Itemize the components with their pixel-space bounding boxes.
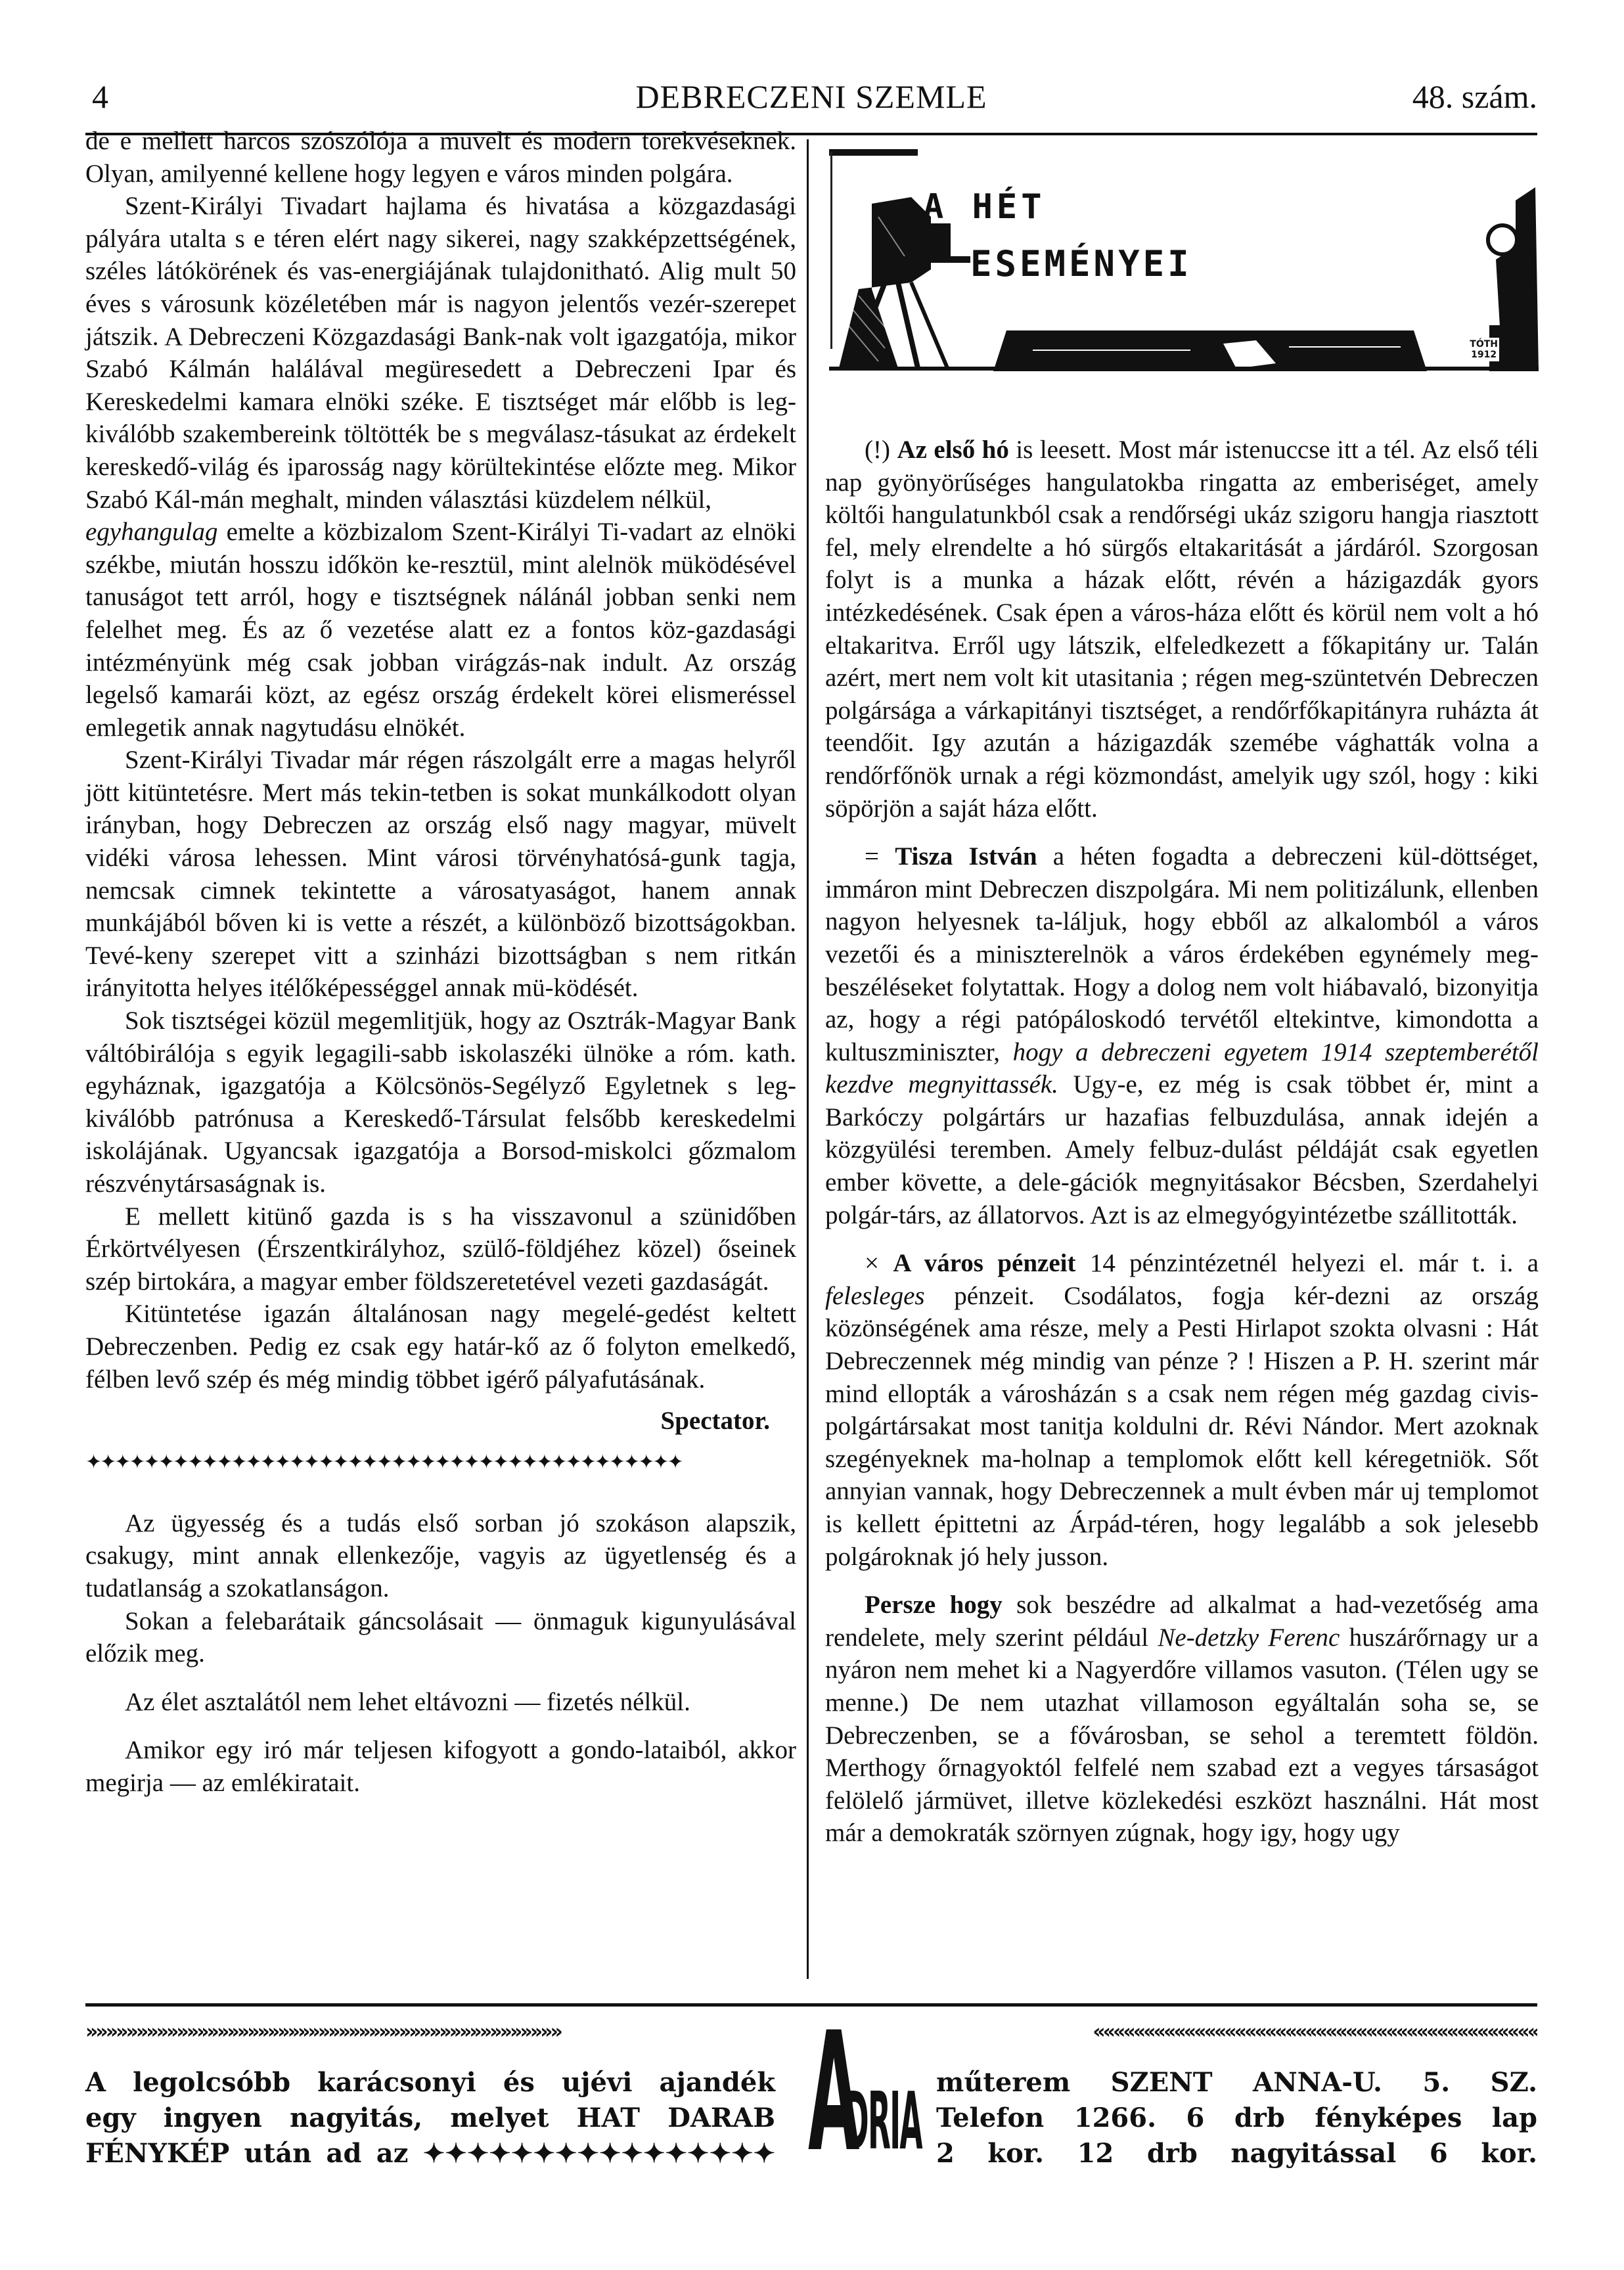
news-item-first-snow: (!) Az első hó is leesett. Most már iste… <box>825 434 1539 825</box>
item-text: is leesett. Most már istenuccse itt a té… <box>825 436 1539 823</box>
item-text-after: huszárőrnagy ur a nyáron nem mehet ki a … <box>825 1623 1539 1848</box>
ad-line: 2 kor. 12 drb nagyitással 6 kor. <box>936 2136 1537 2171</box>
banner-title-line2: ESEMÉNYEI <box>970 243 1192 284</box>
artist-year: 1912 <box>1470 350 1498 360</box>
item-text: 14 pénzintézetnél helyezi el. már t. i. … <box>1090 1249 1539 1277</box>
ornament-divider: ✦✦✦✦✦✦✦✦✦✦✦✦✦✦✦✦✦✦✦✦✦✦✦✦✦✦✦✦✦✦✦✦✦✦✦✦✦✦✦✦… <box>85 1449 796 1476</box>
advertisement-left-text: A legolcsóbb karácsonyi és ujévi ajandék… <box>85 2065 775 2171</box>
item-text: a héten fogadta a debreczeni kül-döttség… <box>825 842 1539 1066</box>
chevron-border-left-pointing: ««««««««««««««««««««««««««««««««««««««««… <box>933 2020 1537 2043</box>
article-paragraph: Szent-Királyi Tivadar már régen rászolgá… <box>85 744 796 1005</box>
item-italic-text: Ne-detzky Ferenc <box>1158 1623 1340 1652</box>
italic-word: egyhangulag <box>85 518 217 546</box>
item-italic-text: felesleges <box>825 1282 925 1310</box>
item-headline: Persze hogy <box>865 1591 1003 1619</box>
adria-logo: A DRIA <box>808 2020 920 2178</box>
article-paragraph: egyhangulag emelte a közbizalom Szent-Ki… <box>85 516 796 744</box>
advertisement-adria-studio: »»»»»»»»»»»»»»»»»»»»»»»»»»»»»»»»»»»»»»»»… <box>85 2020 1537 2198</box>
item-marker: × <box>865 1249 879 1277</box>
news-item-tisza-istvan: = Tisza István a héten fogadta a debrecz… <box>825 840 1539 1231</box>
page-header: 4 DEBRECZENI SZEMLE 48. szám. <box>85 78 1537 117</box>
article-paragraph-text: emelte a közbizalom Szent-Királyi Ti-vad… <box>85 518 796 742</box>
aphorism: Az élet asztalától nem lehet eltávozni —… <box>85 1686 796 1719</box>
artist-name: TÓTH <box>1470 339 1498 350</box>
item-headline: Tisza István <box>895 842 1037 871</box>
article-paragraph: Szent-Királyi Tivadart hajlama és hivatá… <box>85 190 796 516</box>
item-marker: = <box>865 842 879 871</box>
column-divider <box>807 139 809 1979</box>
item-marker: (!) <box>865 436 890 464</box>
right-column: (!) Az első hó is leesett. Most már iste… <box>825 434 1539 1850</box>
news-item-city-money: × A város pénzeit 14 pénzintézetnél hely… <box>825 1247 1539 1573</box>
article-signature: Spectator. <box>85 1405 796 1438</box>
article-paragraph: E mellett kitünő gazda is s ha visszavon… <box>85 1200 796 1298</box>
item-headline: Az első hó <box>897 436 1008 464</box>
chevron-border-right-pointing: »»»»»»»»»»»»»»»»»»»»»»»»»»»»»»»»»»»»»»»»… <box>85 2020 788 2043</box>
ad-line: műterem SZENT ANNA-U. 5. SZ. <box>936 2065 1537 2100</box>
table-illustration-icon <box>993 330 1427 371</box>
ad-line: Telefon 1266. 6 drb fényképes lap <box>936 2100 1537 2136</box>
aphorism: Az ügyesség és a tudás első sorban jó sz… <box>85 1507 796 1605</box>
item-headline: A város pénzeit <box>893 1249 1075 1277</box>
adria-logo-rest: DRIA <box>844 2076 922 2168</box>
ad-line: FÉNYKÉP után ad az ✦✦✦✦✦✦✦✦✦✦✦✦✦✦✦✦ <box>85 2136 775 2171</box>
left-column: de e mellett harcos szószólója a müvelt … <box>85 125 796 1800</box>
aphorism: Sokan a felebarátaik gáncsolásait — önma… <box>85 1605 796 1670</box>
ad-line: A legolcsóbb karácsonyi és ujévi ajandék <box>85 2065 775 2100</box>
advertisement-right-text: műterem SZENT ANNA-U. 5. SZ. Telefon 126… <box>936 2065 1537 2171</box>
banner-frame-line <box>829 367 1539 371</box>
artist-signature: TÓTH 1912 <box>1468 338 1499 361</box>
publication-title: DEBRECZENI SZEMLE <box>85 78 1537 116</box>
article-paragraph: Sok tisztségei közül megemlitjük, hogy a… <box>85 1005 796 1200</box>
ad-line: egy ingyen nagyitás, melyet HAT DARAB <box>85 2100 775 2136</box>
item-text-after: pénzeit. Csodálatos, fogja kér-dezni az … <box>825 1282 1539 1571</box>
aphorism: Amikor egy iró már teljesen kifogyott a … <box>85 1734 796 1799</box>
issue-number: 48. szám. <box>1412 78 1537 116</box>
article-paragraph: Kitüntetése igazán általánosan nagy mege… <box>85 1298 796 1396</box>
article-paragraph: de e mellett harcos szószólója a müvelt … <box>85 125 796 190</box>
section-banner-a-het-esemenyei: A HÉT ESEMÉNYEI TÓTH 1912 <box>829 135 1539 375</box>
news-item-persze-hogy: Persze hogy sok beszédre ad alkalmat a h… <box>825 1589 1539 1850</box>
banner-frame-line <box>829 149 918 156</box>
banner-title-line1: A HÉT <box>923 187 1046 227</box>
